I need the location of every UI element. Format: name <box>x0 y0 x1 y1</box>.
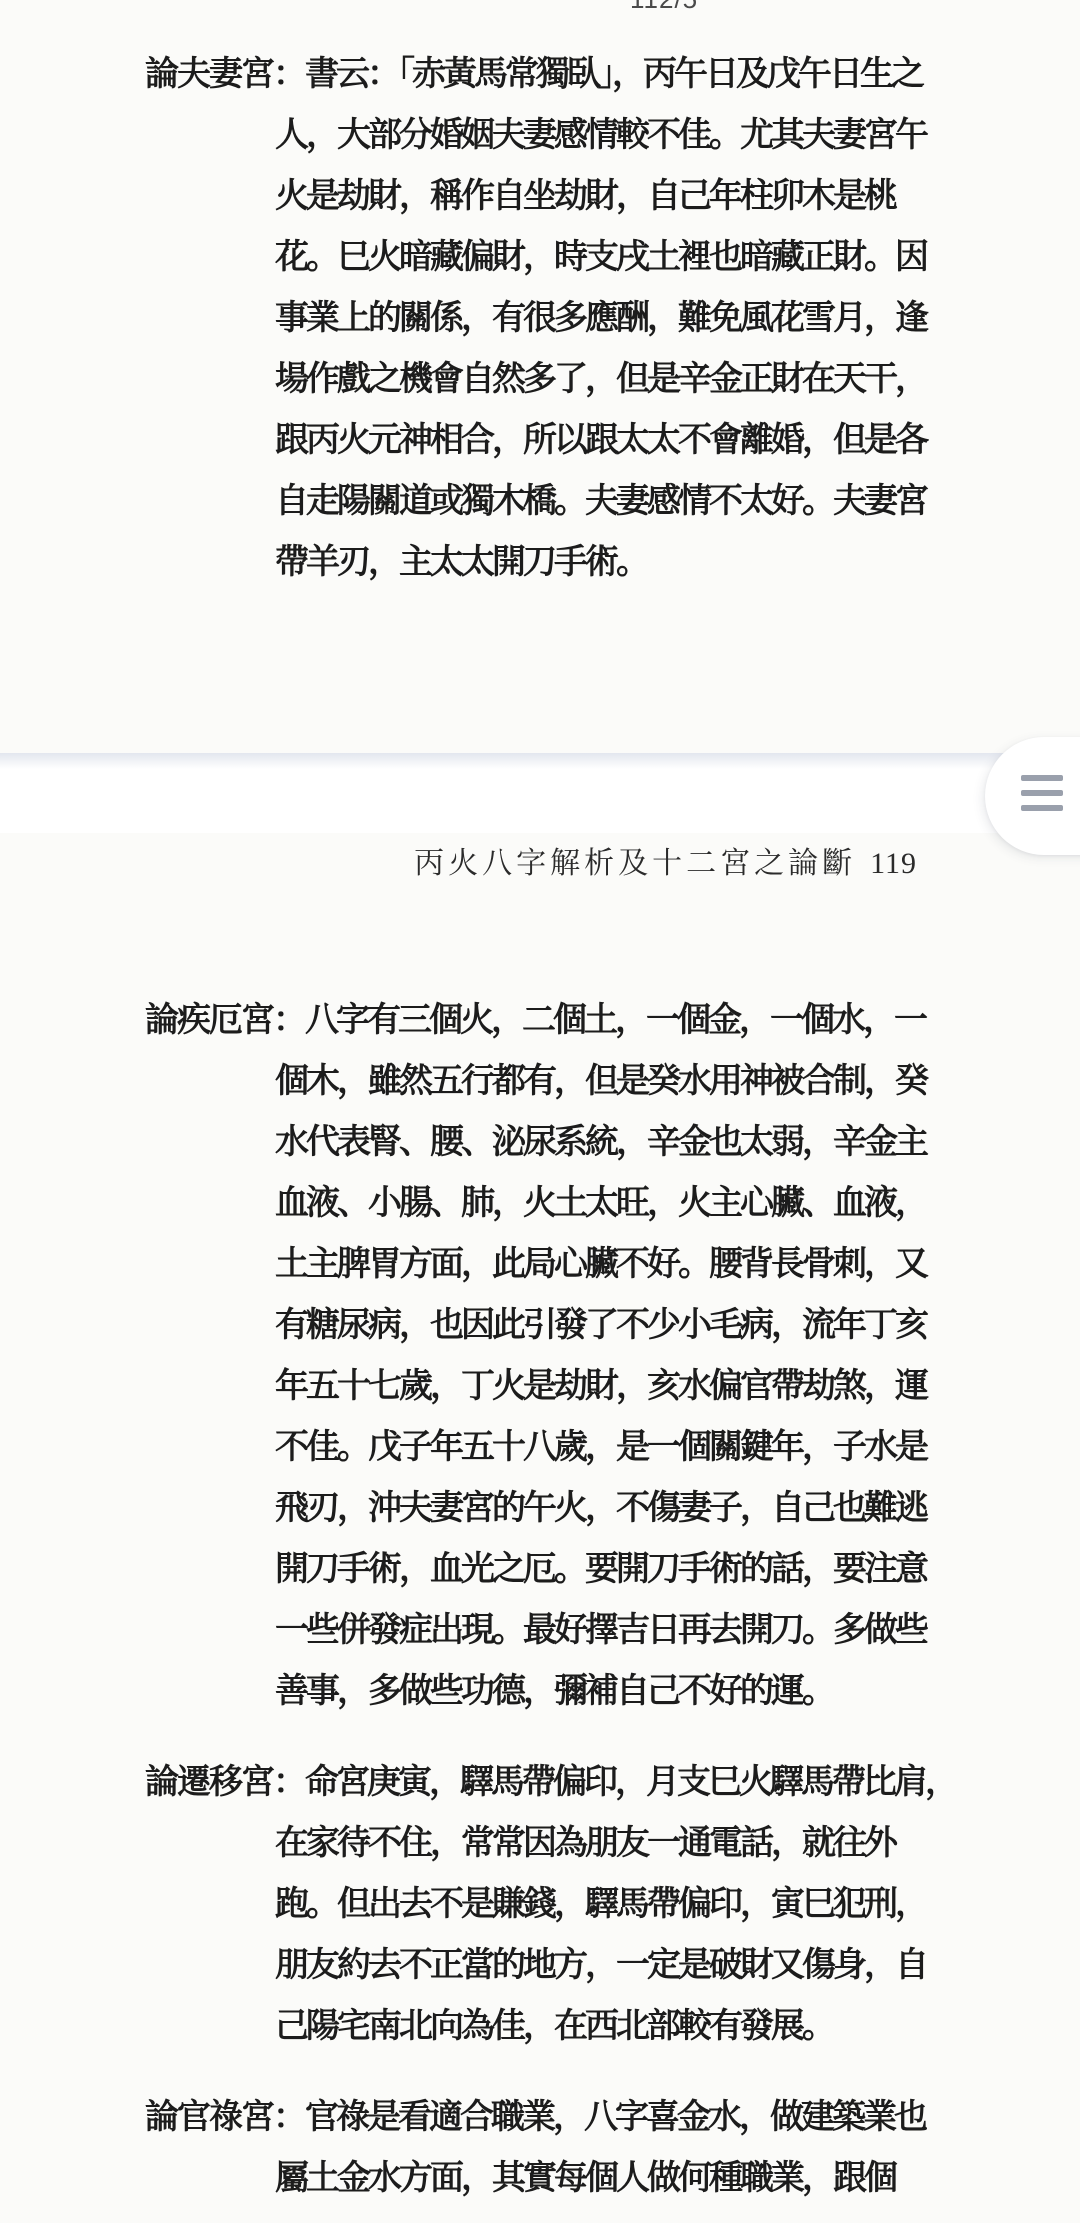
paragraph-label: 論遷移宮： <box>145 1764 305 1801</box>
text-line: 帶羊刃，主太太開刀手術。 <box>275 532 926 593</box>
text-line: 人，大部分婚姻夫妻感情較不佳。尤其夫妻宮午 <box>275 105 926 166</box>
text-line: 在家待不住，常常因為朋友一通電話，就往外 <box>275 1813 956 1874</box>
text-line: 論疾厄宮：八字有三個火，二個土，一個金，一個水，一 <box>145 990 956 1051</box>
text-line: 火是劫財，稱作自坐劫財，自己年柱卯木是桃 <box>275 166 926 227</box>
paragraph-label: 論疾厄宮： <box>145 1002 305 1039</box>
text-line: 有糖尿病，也因此引發了不少小毛病，流年丁亥 <box>275 1295 956 1356</box>
reader-screen: 112/5 論夫妻宮：書云：「赤黃馬常獨臥」，丙午日及戊午日生之人，大部分婚姻夫… <box>0 0 1080 2223</box>
page-current-text: 論疾厄宮：八字有三個火，二個土，一個金，一個水，一個木，雖然五行都有，但是癸水用… <box>145 990 956 2209</box>
text-line: 不佳。戊子年五十八歲，是一個關鍵年，子水是 <box>275 1417 956 1478</box>
text-line: 自走陽關道或獨木橋。夫妻感情不太好。夫妻宮 <box>275 471 926 532</box>
text-line: 一些併發症出現。最好擇吉日再去開刀。多做些 <box>275 1600 956 1661</box>
hamburger-icon <box>1021 775 1063 817</box>
text-line: 跟丙火元神相合，所以跟太太不會離婚，但是各 <box>275 410 926 471</box>
text-line: 朋友約去不正當的地方，一定是破財又傷身，自 <box>275 1935 956 1996</box>
text-line: 土主脾胃方面，此局心臟不好。腰背長骨刺，又 <box>275 1234 956 1295</box>
text-line: 善事，多做些功德，彌補自己不好的運。 <box>275 1661 956 1722</box>
paragraph: 論疾厄宮：八字有三個火，二個土，一個金，一個水，一個木，雖然五行都有，但是癸水用… <box>145 990 956 1722</box>
running-header-title: 丙火八字解析及十二宮之論斷 <box>414 847 856 880</box>
text-line: 個木，雖然五行都有，但是癸水用神被合制，癸 <box>275 1051 956 1112</box>
text-line: 論夫妻宮：書云：「赤黃馬常獨臥」，丙午日及戊午日生之 <box>145 44 926 105</box>
text-line: 屬土金水方面，其實每個人做何種職業，跟個 <box>275 2148 956 2209</box>
paragraph-label: 論官祿宮： <box>145 2099 305 2136</box>
page-previous-text: 論夫妻宮：書云：「赤黃馬常獨臥」，丙午日及戊午日生之人，大部分婚姻夫妻感情較不佳… <box>145 44 926 593</box>
text-line: 花。巳火暗藏偏財，時支戌土裡也暗藏正財。因 <box>275 227 926 288</box>
text-line: 血液、小腸、肺，火土太旺，火主心臟、血液， <box>275 1173 956 1234</box>
text-line: 己陽宅南北向為佳，在西北部較有發展。 <box>275 1996 956 2057</box>
text-line: 論遷移宮：命宮庚寅，驛馬帶偏印，月支巳火驛馬帶比肩， <box>145 1752 956 1813</box>
paragraph: 論官祿宮：官祿是看適合職業，八字喜金水，做建築業也屬土金水方面，其實每個人做何種… <box>145 2087 956 2209</box>
text-line: 論官祿宮：官祿是看適合職業，八字喜金水，做建築業也 <box>145 2087 956 2148</box>
text-line: 事業上的關係，有很多應酬，難免風花雪月，逢 <box>275 288 926 349</box>
text-line: 飛刃，沖夫妻宮的午火，不傷妻子，自己也難逃 <box>275 1478 956 1539</box>
text-line: 開刀手術，血光之厄。要開刀手術的話，要注意 <box>275 1539 956 1600</box>
page-gap-shadow <box>0 753 1080 769</box>
running-header: 丙火八字解析及十二宮之論斷119 <box>0 838 1080 882</box>
paragraph: 論遷移宮：命宮庚寅，驛馬帶偏印，月支巳火驛馬帶比肩，在家待不住，常常因為朋友一通… <box>145 1752 956 2057</box>
running-header-page-number: 119 <box>870 847 917 880</box>
text-line: 跑。但出去不是賺錢，驛馬帶偏印，寅巳犯刑， <box>275 1874 956 1935</box>
text-line: 水代表腎、腰、泌尿系統，辛金也太弱，辛金主 <box>275 1112 956 1173</box>
text-line: 場作戲之機會自然多了，但是辛金正財在天干， <box>275 349 926 410</box>
text-line: 年五十七歲，丁火是劫財，亥水偏官帶劫煞，運 <box>275 1356 956 1417</box>
page-progress-indicator: 112/5 <box>630 0 698 15</box>
paragraph: 論夫妻宮：書云：「赤黃馬常獨臥」，丙午日及戊午日生之人，大部分婚姻夫妻感情較不佳… <box>145 44 926 593</box>
paragraph-label: 論夫妻宮： <box>145 56 305 93</box>
